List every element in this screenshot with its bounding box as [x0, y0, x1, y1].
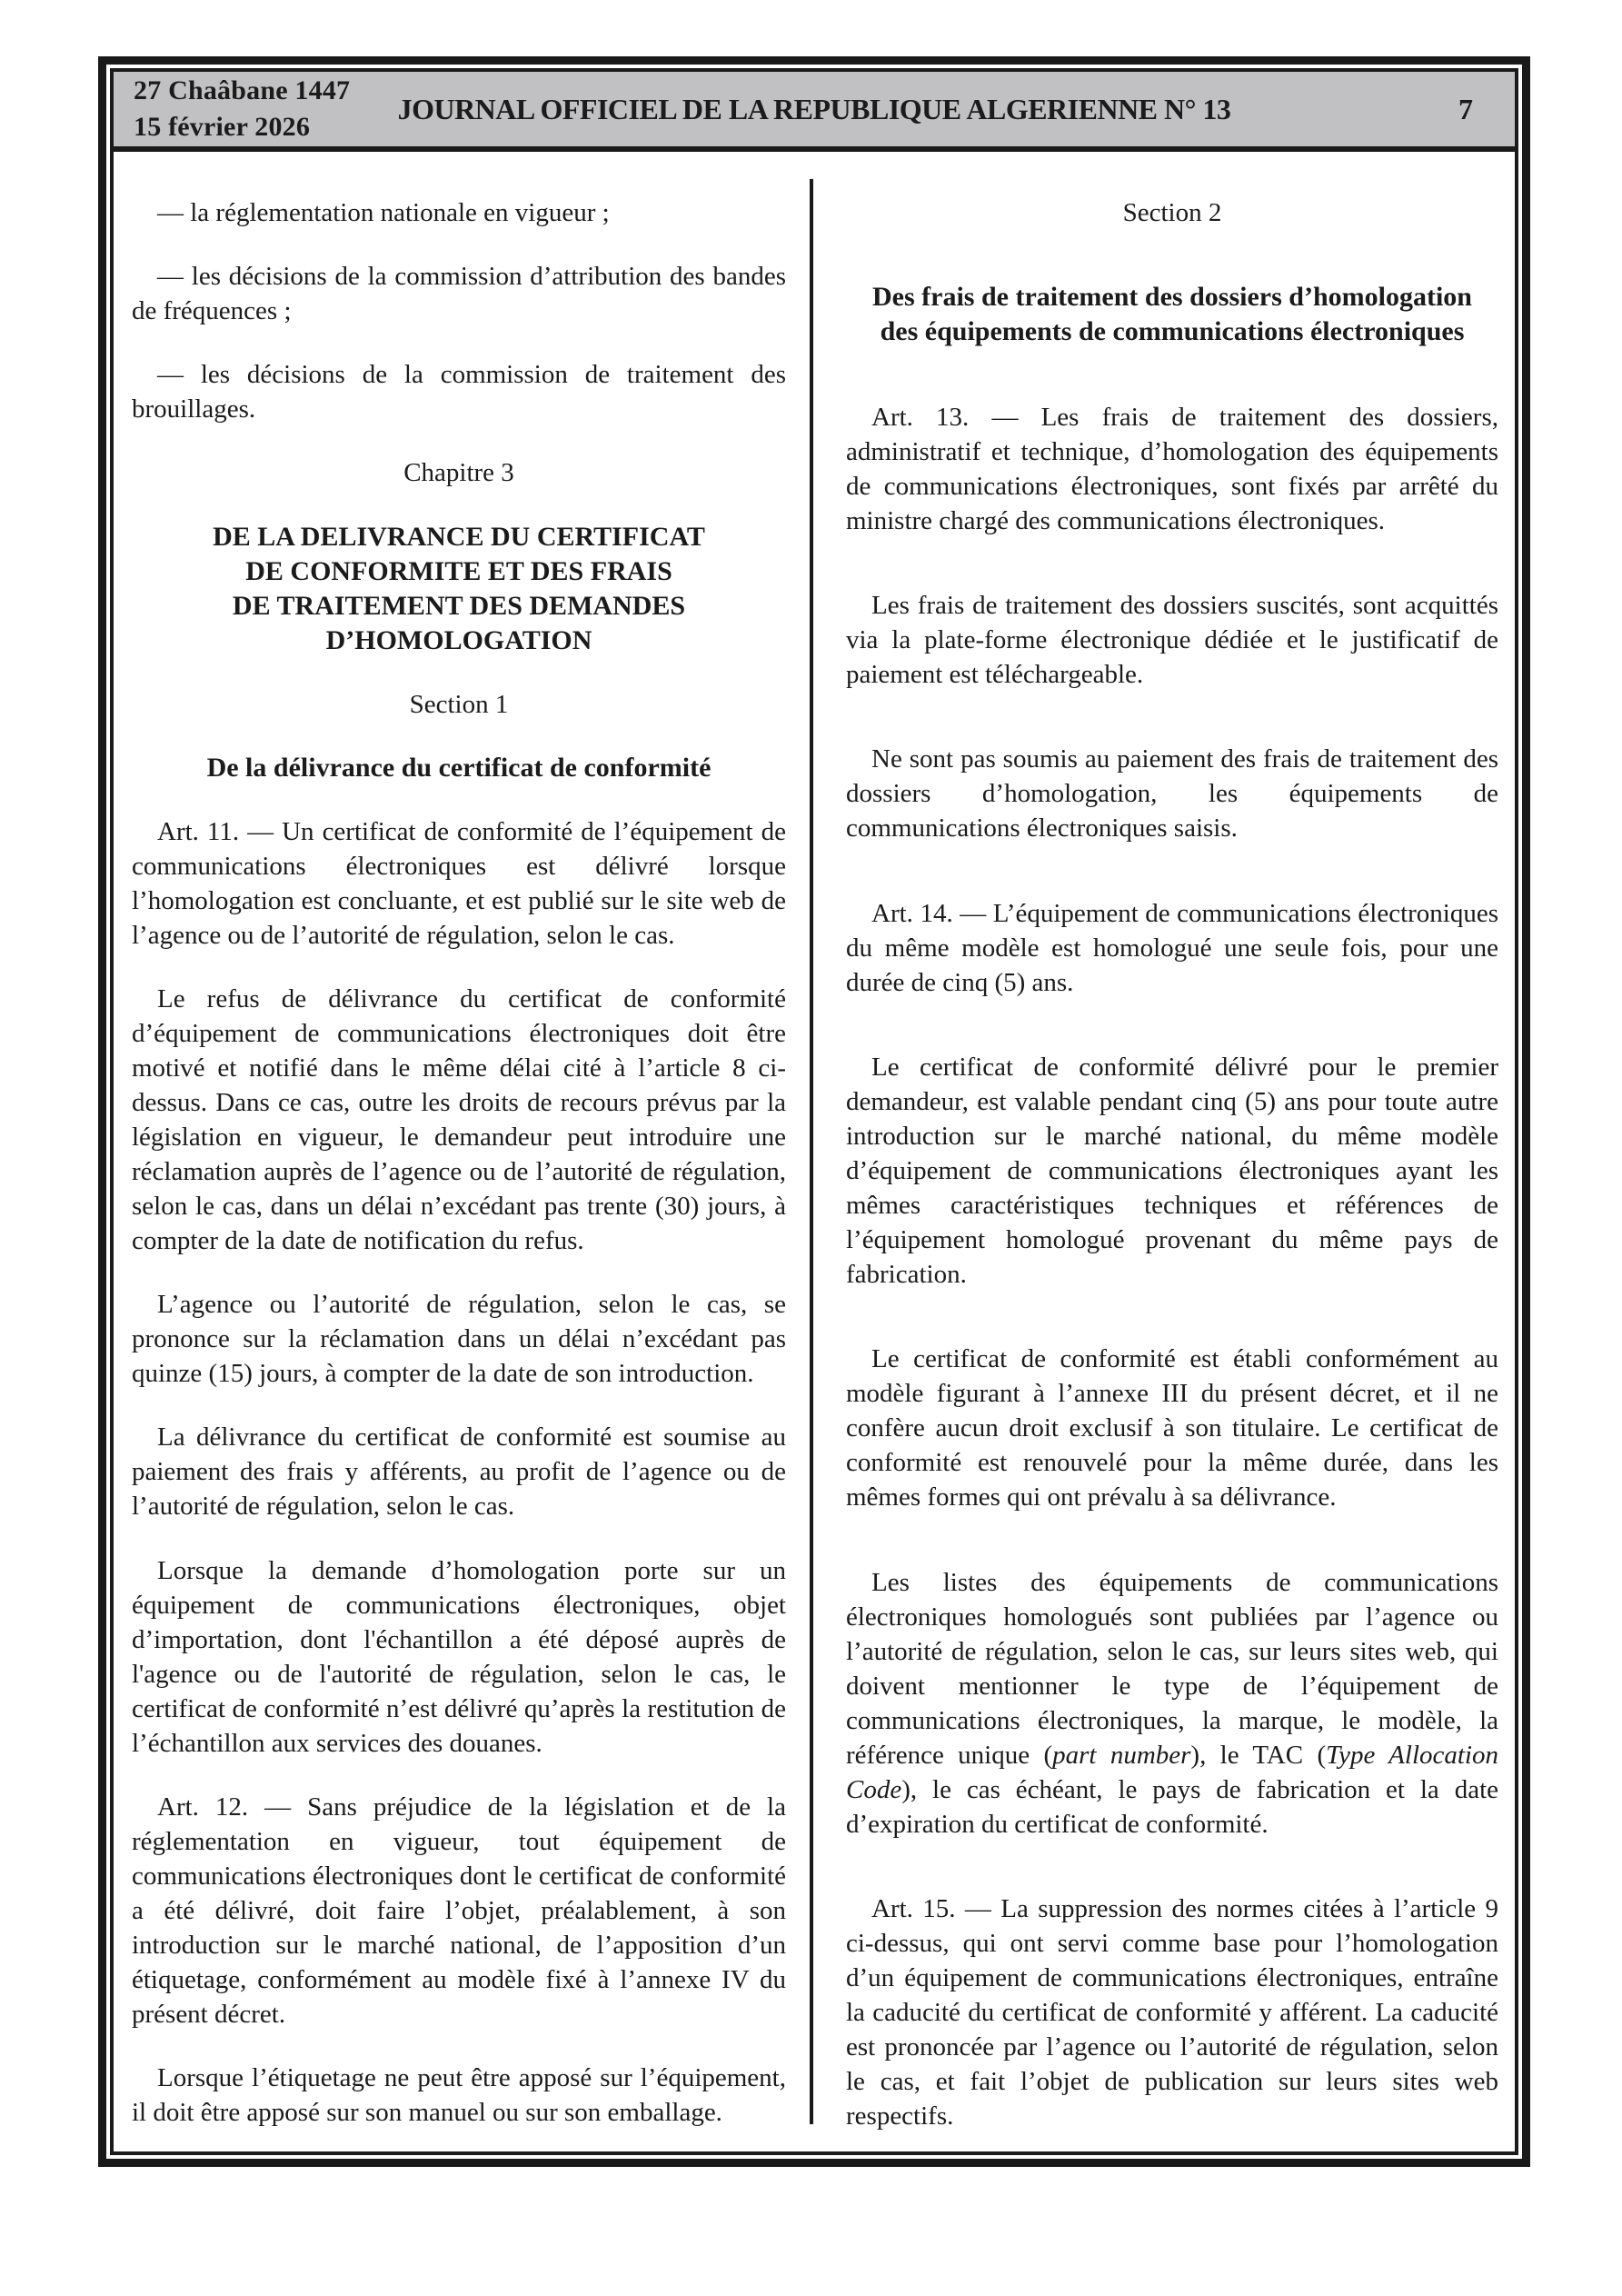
chapter-title-line: DE LA DELIVRANCE DU CERTIFICAT [132, 520, 786, 554]
section-label: Section 1 [132, 687, 786, 722]
paragraph: Art. 11. — Un certificat de conformité d… [132, 814, 786, 953]
page-header: 27 Chaâbane 1447 15 février 2026 JOURNAL… [114, 72, 1515, 152]
paragraph: Art. 15. — La suppression des normes cit… [846, 1892, 1498, 2133]
paragraph: Lorsque l’étiquetage ne peut être apposé… [132, 2061, 786, 2130]
page-frame: 27 Chaâbane 1447 15 février 2026 JOURNAL… [98, 56, 1530, 2167]
paragraph: L’agence ou l’autorité de régulation, se… [132, 1287, 786, 1391]
section-title-line: Des frais de traitement des dossiers d’h… [846, 280, 1498, 314]
section-label: Section 2 [846, 195, 1498, 230]
paragraph: Ne sont pas soumis au paiement des frais… [846, 742, 1498, 845]
paragraph: Lorsque la demande d’homologation porte … [132, 1553, 786, 1761]
paragraph: Art. 14. — L’équipement de communication… [846, 896, 1498, 1000]
paragraph: Le certificat de conformité est établi c… [846, 1342, 1498, 1514]
chapter-title-line: DE TRAITEMENT DES DEMANDES [132, 589, 786, 624]
right-column: Section 2 Des frais de traitement des do… [813, 152, 1515, 2151]
paragraph-text: ), le TAC ( [1190, 1741, 1326, 1770]
chapter-title-line: DE CONFORMITE ET DES FRAIS [132, 554, 786, 589]
list-item: — les décisions de la commission de trai… [132, 357, 786, 426]
paragraph: La délivrance du certificat de conformit… [132, 1420, 786, 1523]
left-column: — la réglementation nationale en vigueur… [114, 152, 810, 2151]
section-title-line: des équipements de communications électr… [846, 314, 1498, 349]
paragraph-text: Les listes des équipements de communicat… [846, 1568, 1498, 1770]
paragraph-text: ), le cas échéant, le pays de fabricatio… [846, 1775, 1498, 1839]
section-title: Des frais de traitement des dossiers d’h… [846, 280, 1498, 349]
chapter-title: DE LA DELIVRANCE DU CERTIFICAT DE CONFOR… [132, 520, 786, 658]
page-number: 7 [1458, 72, 1473, 146]
content-columns: — la réglementation nationale en vigueur… [114, 152, 1515, 2151]
page-frame-inner: 27 Chaâbane 1447 15 février 2026 JOURNAL… [110, 68, 1518, 2155]
italic-term: part number [1052, 1741, 1190, 1770]
paragraph: Les listes des équipements de communicat… [846, 1565, 1498, 1842]
paragraph: Les frais de traitement des dossiers sus… [846, 588, 1498, 692]
paragraph: Art. 13. — Les frais de traitement des d… [846, 400, 1498, 538]
paragraph: Art. 12. — Sans préjudice de la législat… [132, 1790, 786, 2031]
list-item: — la réglementation nationale en vigueur… [132, 195, 786, 230]
chapter-label: Chapitre 3 [132, 455, 786, 490]
list-item: — les décisions de la commission d’attri… [132, 259, 786, 328]
section-title: De la délivrance du certificat de confor… [132, 751, 786, 785]
paragraph: Le certificat de conformité délivré pour… [846, 1050, 1498, 1292]
chapter-title-line: D’HOMOLOGATION [132, 624, 786, 658]
journal-title: JOURNAL OFFICIEL DE LA REPUBLIQUE ALGERI… [114, 72, 1515, 146]
paragraph: Le refus de délivrance du certificat de … [132, 982, 786, 1258]
